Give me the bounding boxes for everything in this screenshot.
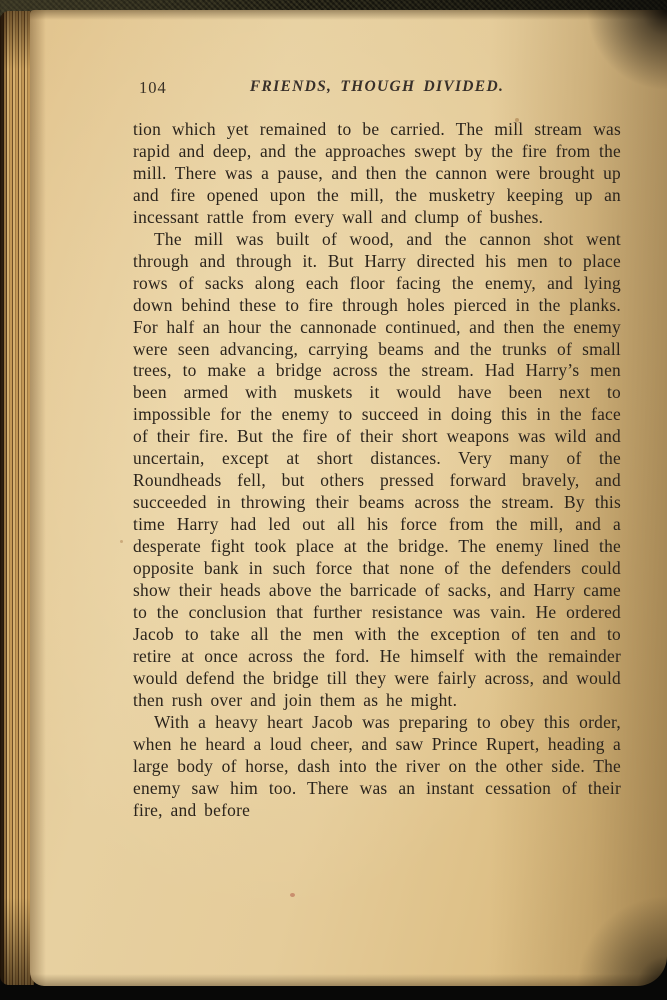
book-page: 104 FRIENDS, THOUGH DIVIDED. tion which …	[30, 10, 667, 986]
page-fore-edge-stack	[0, 11, 34, 985]
running-title: FRIENDS, THOUGH DIVIDED.	[133, 78, 621, 96]
paragraph: tion which yet remained to be carried. T…	[133, 119, 621, 229]
paragraph: The mill was built of wood, and the cann…	[133, 229, 621, 712]
page-header: 104 FRIENDS, THOUGH DIVIDED.	[133, 78, 621, 100]
page-text: tion which yet remained to be carried. T…	[133, 119, 621, 822]
paragraph: With a heavy heart Jacob was preparing t…	[133, 712, 621, 822]
scanned-book-photo: 104 FRIENDS, THOUGH DIVIDED. tion which …	[0, 0, 667, 1000]
